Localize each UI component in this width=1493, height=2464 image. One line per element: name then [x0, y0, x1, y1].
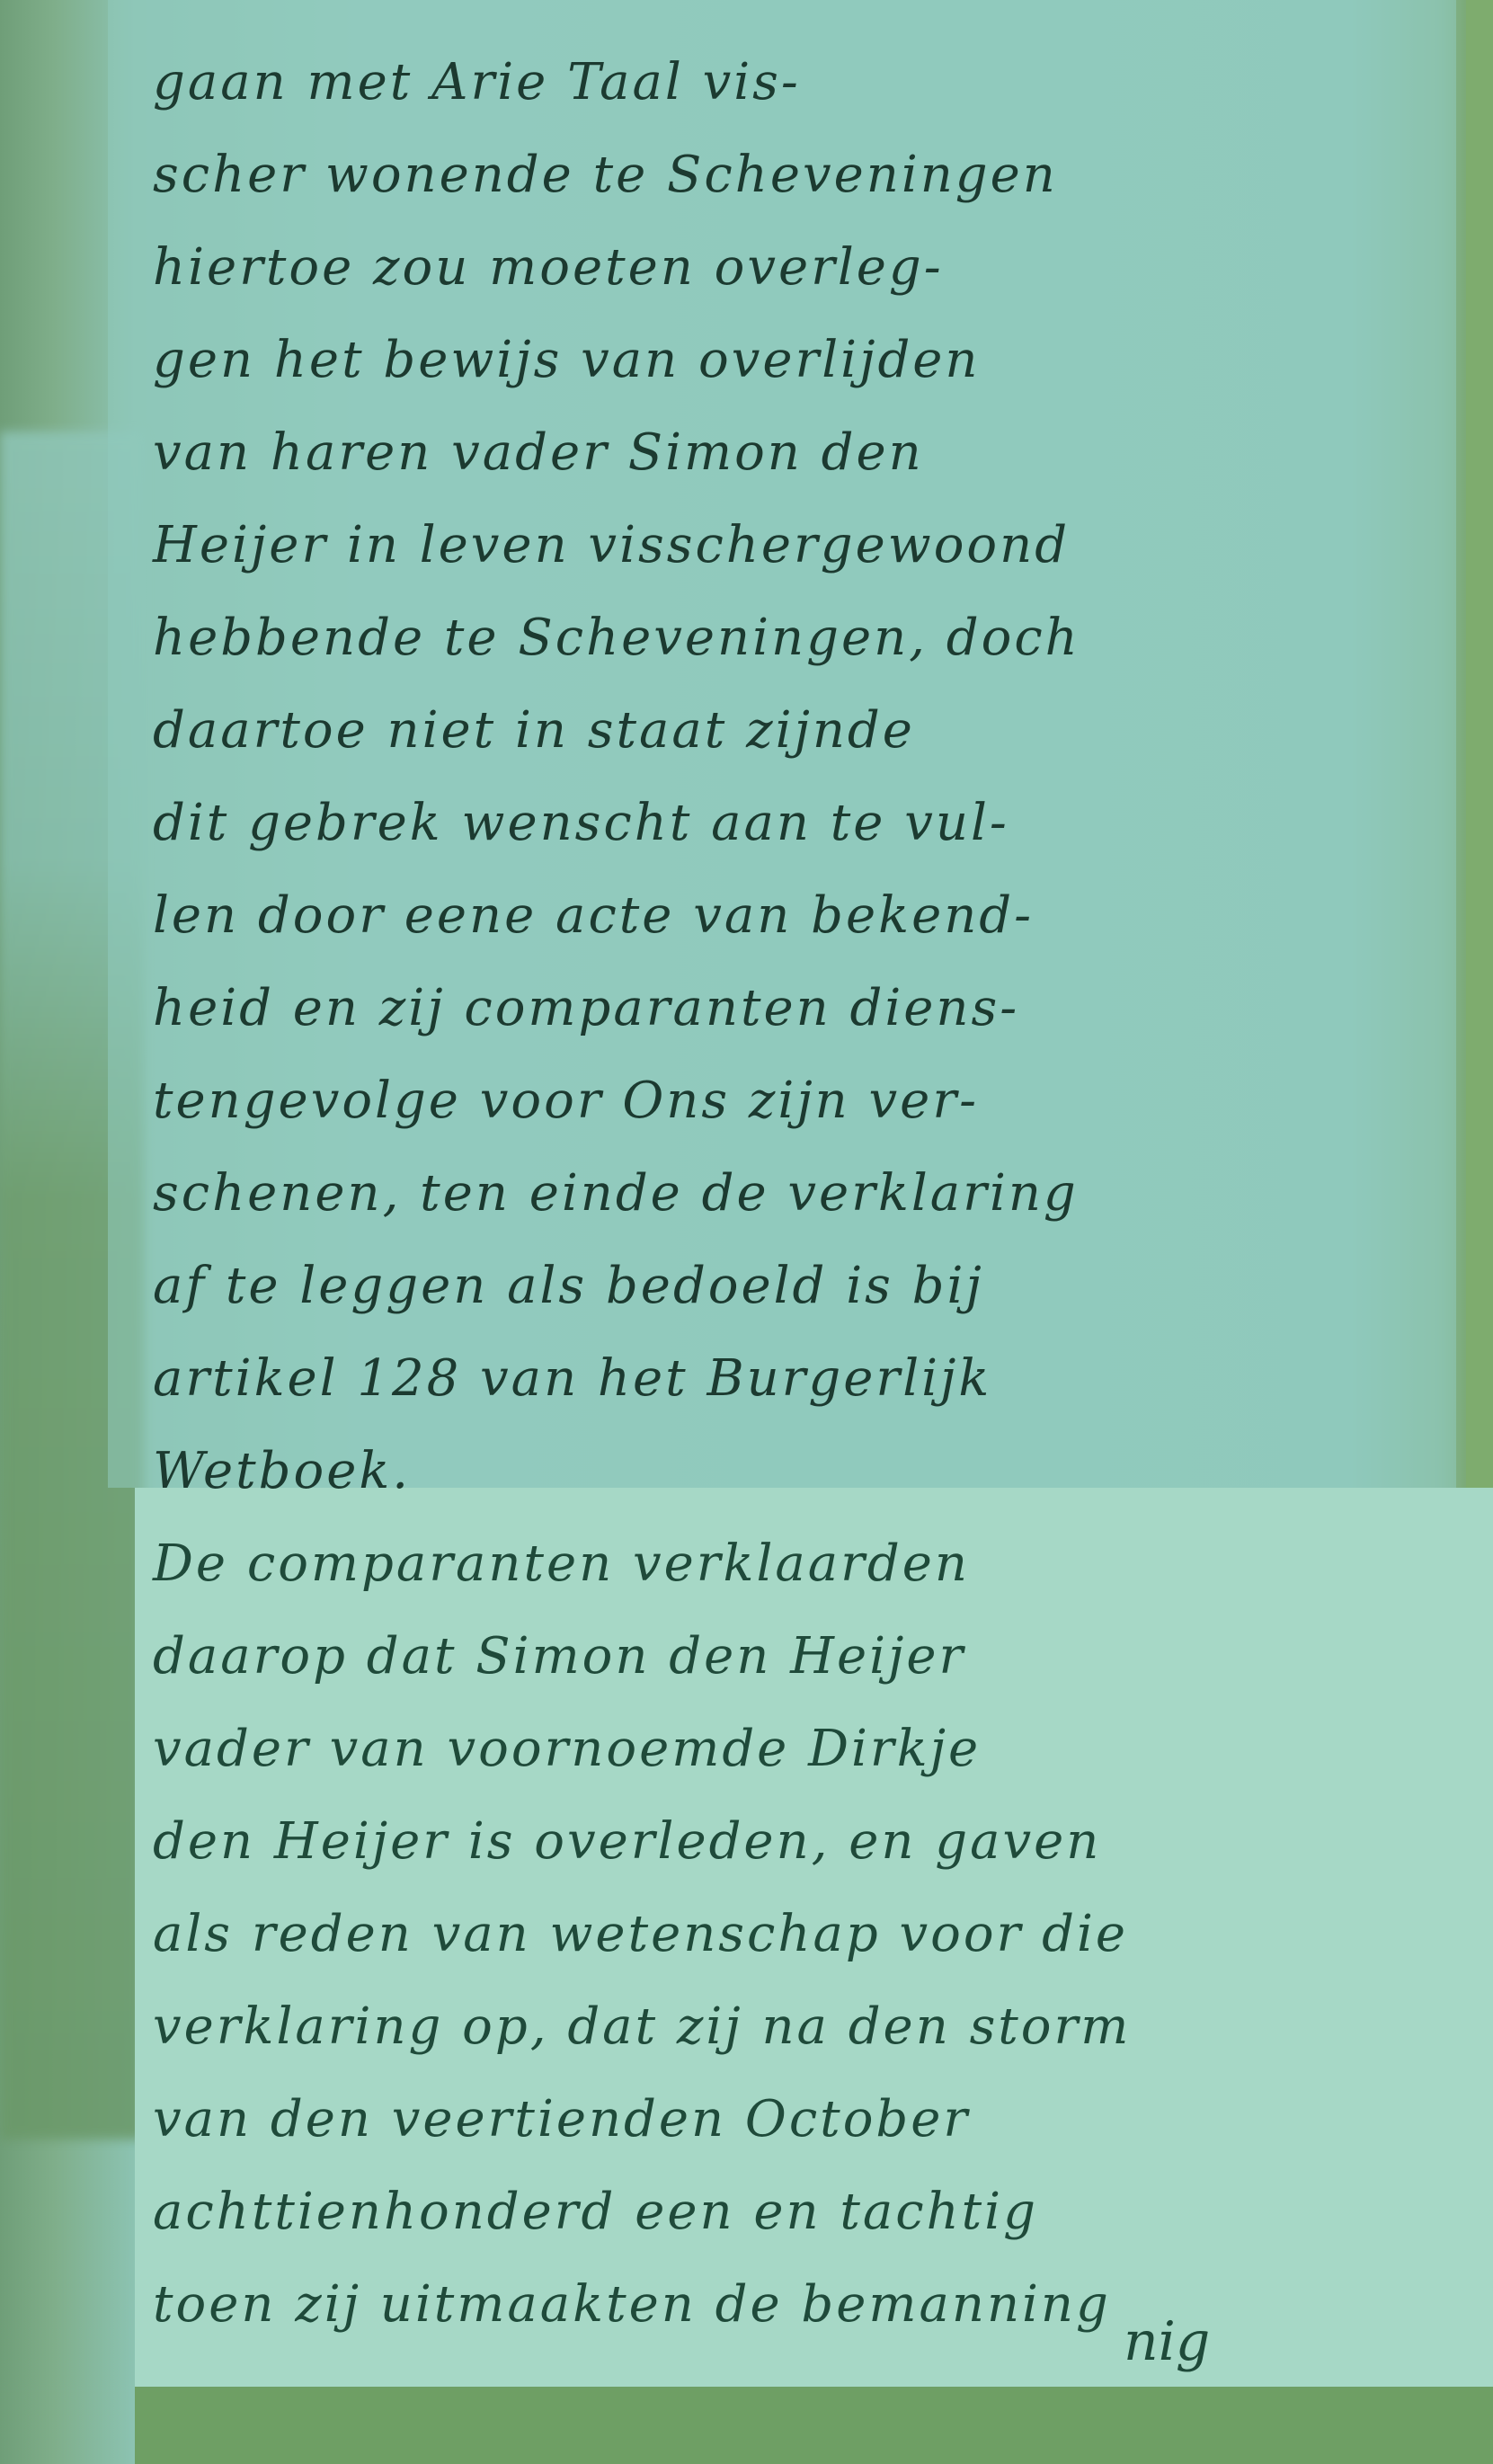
text-line: den Heijer is overleden, en gaven: [153, 1795, 1447, 1888]
handwritten-text-block: gaan met Arie Taal vis- scher wonende te…: [153, 36, 1447, 2351]
text-line: daarop dat Simon den Heijer: [153, 1610, 1447, 1703]
text-line: verklaring op, dat zij na den storm: [153, 1980, 1447, 2073]
text-line: toen zij uitmaakten de bemanning: [153, 2258, 1447, 2351]
text-line: van haren vader Simon den: [153, 406, 1447, 499]
text-line: gen het bewijs van overlijden: [153, 314, 1447, 406]
catchword: nig: [1124, 2310, 1210, 2373]
text-line: schenen, ten einde de verklaring: [153, 1147, 1447, 1240]
text-line: scher wonende te Scheveningen: [153, 129, 1447, 221]
text-line: af te leggen als bedoeld is bij: [153, 1240, 1447, 1332]
text-line: Wetboek.: [153, 1425, 1447, 1517]
text-line: achttienhonderd een en tachtig: [153, 2166, 1447, 2258]
text-line: len door eene acte van bekend-: [153, 869, 1447, 962]
text-line: gaan met Arie Taal vis-: [153, 36, 1447, 129]
text-line: Heijer in leven visschergewoond: [153, 499, 1447, 592]
text-line: daartoe niet in staat zijnde: [153, 684, 1447, 777]
text-line: als reden van wetenschap voor die: [153, 1888, 1447, 1980]
text-line: De comparanten verklaarden: [153, 1517, 1447, 1610]
bottom-border-band: [135, 2387, 1493, 2464]
text-line: dit gebrek wenscht aan te vul-: [153, 777, 1447, 869]
text-line: tengevolge voor Ons zijn ver-: [153, 1054, 1447, 1147]
text-line: artikel 128 van het Burgerlijk: [153, 1332, 1447, 1425]
page-right-edge: [1466, 0, 1493, 1488]
text-line: heid en zij comparanten diens-: [153, 962, 1447, 1054]
text-line: hebbende te Scheveningen, doch: [153, 592, 1447, 684]
text-line: van den veertienden October: [153, 2073, 1447, 2166]
text-line: vader van voornoemde Dirkje: [153, 1703, 1447, 1795]
text-line: hiertoe zou moeten overleg-: [153, 221, 1447, 314]
